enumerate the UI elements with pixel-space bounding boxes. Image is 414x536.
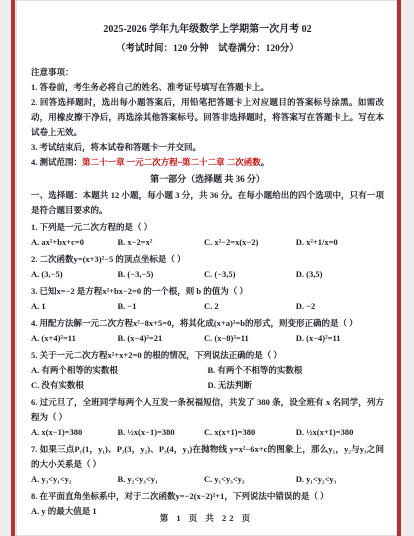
option-b: B. y₂<y₃<y₁ <box>117 472 203 487</box>
option-a: A. (3,−5) <box>31 267 117 282</box>
question-text: 2. 二次函数y=(x+3)²−5 的顶点坐标是（ ） <box>31 252 384 267</box>
option-a: A. x(x−1)=380 <box>31 425 117 440</box>
page-content: 2025-2026 学年九年级数学上学期第一次月考 02 （考试时间：120 分… <box>16 0 397 519</box>
question-6: 6. 过元旦了，全班同学每两个人互发一条祝福短信，共发了 380 条，设全班有 … <box>31 395 384 440</box>
notice-item-2: 2. 回答选择题时，选出每小题答案后，用铅笔把答题卡上对应题目的答案标号涂黑。如… <box>31 95 384 140</box>
question-text: 6. 过元旦了，全班同学每两个人互发一条祝福短信，共发了 380 条，设全班有 … <box>31 395 384 425</box>
option-b: B. 有两个不相等的实数根 <box>208 363 385 378</box>
option-b: B. x−2=x² <box>117 235 203 250</box>
question-1: 1. 下列是一元二次方程的是（ ） A. ax²+bx+c=0 B. x−2=x… <box>31 220 384 250</box>
question-3: 3. 已知x=−2 是方程x²+bx−2=0 的一个根，则 b 的值为（ ） A… <box>31 284 384 314</box>
notice-4-prefix: 4. 测试范围： <box>31 157 82 167</box>
page-title: 2025-2026 学年九年级数学上学期第一次月考 02 <box>31 23 384 36</box>
question-text: 7. 如果三点P₁(1，y₁)、P₂(3，y₂)、P₃(4，y₃)在抛物线 y=… <box>31 442 384 472</box>
option-c: C. (x−8)²=11 <box>204 331 296 346</box>
option-c: C. (−3,5) <box>204 267 296 282</box>
option-d: D. ½x(x+1)=380 <box>296 425 384 440</box>
option-b: B. (−3,−5) <box>117 267 203 282</box>
option-row: A. (3,−5) B. (−3,−5) C. (−3,5) D. (3,5) <box>31 267 384 282</box>
option-d: D. x²+1/x=0 <box>296 235 384 250</box>
option-b: B. (x−4)²=21 <box>117 331 203 346</box>
notice-item-4: 4. 测试范围：第二十一章 一元二次方程~第二十二章 二次函数。 <box>31 155 384 170</box>
question-text: 1. 下列是一元二次方程的是（ ） <box>31 220 384 235</box>
option-a: A. ax²+bx+c=0 <box>31 235 117 250</box>
option-row: A. (x+4)²=11 B. (x−4)²=21 C. (x−8)²=11 D… <box>31 331 384 346</box>
option-d: D. 无法判断 <box>208 378 385 393</box>
question-text: 4. 用配方法解一元二次方程x²−8x+5=0，将其化成(x+a)²=b的形式，… <box>31 316 384 331</box>
notice-item-1: 1. 答卷前，考生务必将自己的姓名、准考证号填写在答题卡上。 <box>31 80 384 95</box>
option-row: A. 有两个相等的实数根 B. 有两个不相等的实数根 <box>31 363 384 378</box>
page-border-right <box>397 0 401 536</box>
question-text: 5. 关于一元二次方程x²+x+2=0 的根的情况，下列说法正确的是（ ） <box>31 348 384 363</box>
option-c: C. x(x+1)=380 <box>204 425 296 440</box>
question-5: 5. 关于一元二次方程x²+x+2=0 的根的情况，下列说法正确的是（ ） A.… <box>31 348 384 393</box>
notice-4-test-range: 第二十一章 一元二次方程~第二十二章 二次函数 <box>82 157 261 167</box>
question-7: 7. 如果三点P₁(1，y₁)、P₂(3，y₂)、P₃(4，y₃)在抛物线 y=… <box>31 442 384 487</box>
question-4: 4. 用配方法解一元二次方程x²−8x+5=0，将其化成(x+a)²=b的形式，… <box>31 316 384 346</box>
option-a: A. 有两个相等的实数根 <box>31 363 208 378</box>
notice-item-3: 3. 考试结束后，将本试卷和答题卡一并交回。 <box>31 140 384 155</box>
notice-4-suffix: 。 <box>261 157 270 167</box>
option-a: A. 1 <box>31 299 117 314</box>
option-d: D. y₁<y₂<y₃ <box>296 472 384 487</box>
option-a: A. y₃<y₁<y₂ <box>31 472 117 487</box>
option-c: C. y₁<y₃<y₂ <box>204 472 296 487</box>
option-c: C. x²−2=x(x−2) <box>204 235 296 250</box>
section-intro: 一、选择题：本题共 12 小题，每小题 3 分，共 36 分。在每小题给出的四个… <box>31 188 384 218</box>
option-c: C. 没有实数根 <box>31 378 208 393</box>
option-d: D. (3,5) <box>296 267 384 282</box>
option-row: A. y₃<y₁<y₂ B. y₂<y₃<y₁ C. y₁<y₃<y₂ D. y… <box>31 472 384 487</box>
question-text: 8. 在平面直角坐标系中，对于二次函数y=−2(x−2)²+1，下列说法中错误的… <box>31 489 384 504</box>
question-text: 3. 已知x=−2 是方程x²+bx−2=0 的一个根，则 b 的值为（ ） <box>31 284 384 299</box>
question-2: 2. 二次函数y=(x+3)²−5 的顶点坐标是（ ） A. (3,−5) B.… <box>31 252 384 282</box>
option-row: A. x(x−1)=380 B. ½x(x−1)=380 C. x(x+1)=3… <box>31 425 384 440</box>
option-d: D. (x−4)²=11 <box>296 331 384 346</box>
section-heading: 第一部分（选择题 共 36 分） <box>31 172 384 187</box>
page-footer: 第 1 页 共 22 页 <box>16 512 397 524</box>
option-row: C. 没有实数根 D. 无法判断 <box>31 378 384 393</box>
page-border-left <box>11 0 15 536</box>
notice-heading: 注意事项： <box>31 65 384 80</box>
document-page: 2025-2026 学年九年级数学上学期第一次月考 02 （考试时间：120 分… <box>16 0 397 536</box>
exam-paper-screenshot: { "page": { "title": "2025-2026 学年九年级数学上… <box>0 0 414 536</box>
option-b: B. −1 <box>117 299 203 314</box>
option-row: A. ax²+bx+c=0 B. x−2=x² C. x²−2=x(x−2) D… <box>31 235 384 250</box>
option-row: A. 1 B. −1 C. 2 D. −2 <box>31 299 384 314</box>
option-d: D. −2 <box>296 299 384 314</box>
option-c: C. 2 <box>204 299 296 314</box>
option-a: A. (x+4)²=11 <box>31 331 117 346</box>
option-b: B. ½x(x−1)=380 <box>117 425 203 440</box>
exam-info: （考试时间：120 分钟 试卷满分：120分） <box>31 43 384 55</box>
